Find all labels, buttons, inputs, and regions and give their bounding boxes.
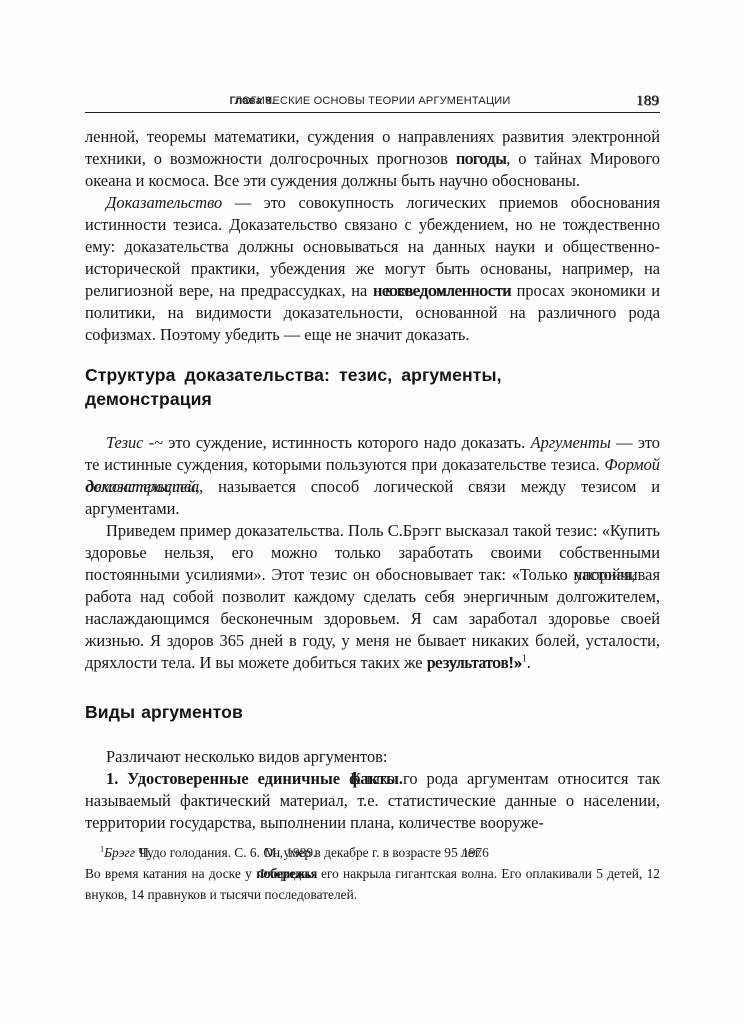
overprint-artifact: доказательства,демонстрацией, (85, 476, 203, 498)
paragraph-bragg-example: Приведем пример доказательства. Поль С.Б… (85, 520, 660, 674)
book-page: ЛОГИЧЕСКИЕ ОСНОВЫ ТЕОРИИ АРГУМЕНТАЦИИГла… (0, 0, 744, 1024)
overprint-layer: М., 1989. (264, 842, 316, 863)
text-run: Во время катания на доске у (85, 866, 256, 881)
section-heading-argument-types: Виды аргументов (85, 700, 660, 724)
paragraph-proof-definition: Доказательство — это совокупность логиче… (85, 192, 660, 346)
text-run: . (527, 653, 531, 672)
overprint-artifact: Он умерМ., 1989. (263, 842, 311, 863)
overprint-layer: демонстрацией, (86, 476, 200, 498)
paragraph-continuation: ленной, теоремы математики, суждения о н… (85, 126, 660, 192)
term-argumenty: Аргументы (531, 433, 611, 452)
overprint-layer: К тако (350, 768, 395, 790)
term-tezis: Тезис (106, 433, 143, 452)
overprint-artifact: ЧудоП. (138, 842, 166, 863)
overprint-artifact: настойчиваяупорная, (573, 564, 660, 586)
list-item-title: 1. Удостоверенные единичные (106, 769, 349, 788)
overprint-layer: 1976 (462, 842, 489, 863)
page-number: 189 (636, 93, 659, 110)
section-heading-structure: Структура доказательства: тезис, аргумен… (85, 363, 660, 411)
overprint-artifact: факты.К тако (349, 768, 403, 790)
heading-line: демонстрация (85, 387, 660, 411)
footnote-citation-line: 1Брэгг ЧудоП. голодания. С. 6. Он умерМ.… (85, 842, 660, 863)
term-dokazatelstvo: Доказательство (106, 193, 222, 212)
heading-line: Структура доказательства: тезис, аргумен… (85, 363, 660, 387)
chapter-label: Глава 8. (229, 95, 274, 107)
footnote-author: Брэгг (104, 845, 138, 860)
double-struck-word: погоды (456, 149, 506, 168)
footnote-body-line: Во время катания на доске у побережьяФло… (85, 863, 660, 905)
text-run: Различают несколько видов аргументов: (106, 747, 387, 766)
term-formoy: Формой (604, 455, 660, 474)
text-run: в декабре г. в возрасте 95 (311, 845, 461, 860)
overprint-layer: в во- (385, 280, 418, 302)
paragraph-argument-types-intro: Различают несколько видов аргументов: (85, 746, 660, 768)
paragraph-verified-facts: 1. Удостоверенные единичные факты.К тако… (85, 768, 660, 834)
text-run: голодания. С. 6. (166, 845, 263, 860)
paragraph-thesis-definition: Тезис -~ это суждение, истинность которо… (85, 432, 660, 520)
footnote: 1Брэгг ЧудоП. голодания. С. 6. Он умерМ.… (85, 842, 660, 905)
running-header: ЛОГИЧЕСКИЕ ОСНОВЫ ТЕОРИИ АРГУМЕНТАЦИИГла… (85, 95, 660, 113)
text-run: работа над собой позволит каждому сделат… (85, 587, 660, 672)
overprint-artifact: побережьяФлориды (256, 863, 317, 884)
text-run: -~ это суждение, истинность которого над… (143, 433, 530, 452)
overprint-artifact: лет.1976 (461, 842, 482, 863)
running-title: ЛОГИЧЕСКИЕ ОСНОВЫ ТЕОРИИ АРГУМЕНТАЦИИ (234, 95, 510, 107)
overprint-layer: П. (139, 842, 152, 863)
chapter-title-overlap: ЛОГИЧЕСКИЕ ОСНОВЫ ТЕОРИИ АРГУМЕНТАЦИИГла… (234, 95, 510, 107)
overprint-layer: Флориды (257, 863, 310, 884)
overprint-layer: упорная, (574, 564, 635, 586)
double-struck-word: результатов!» (427, 653, 522, 672)
overprint-artifact: неосведомленностив во- (373, 280, 511, 302)
page-body: ленной, теоремы математики, суждения о н… (85, 126, 660, 905)
